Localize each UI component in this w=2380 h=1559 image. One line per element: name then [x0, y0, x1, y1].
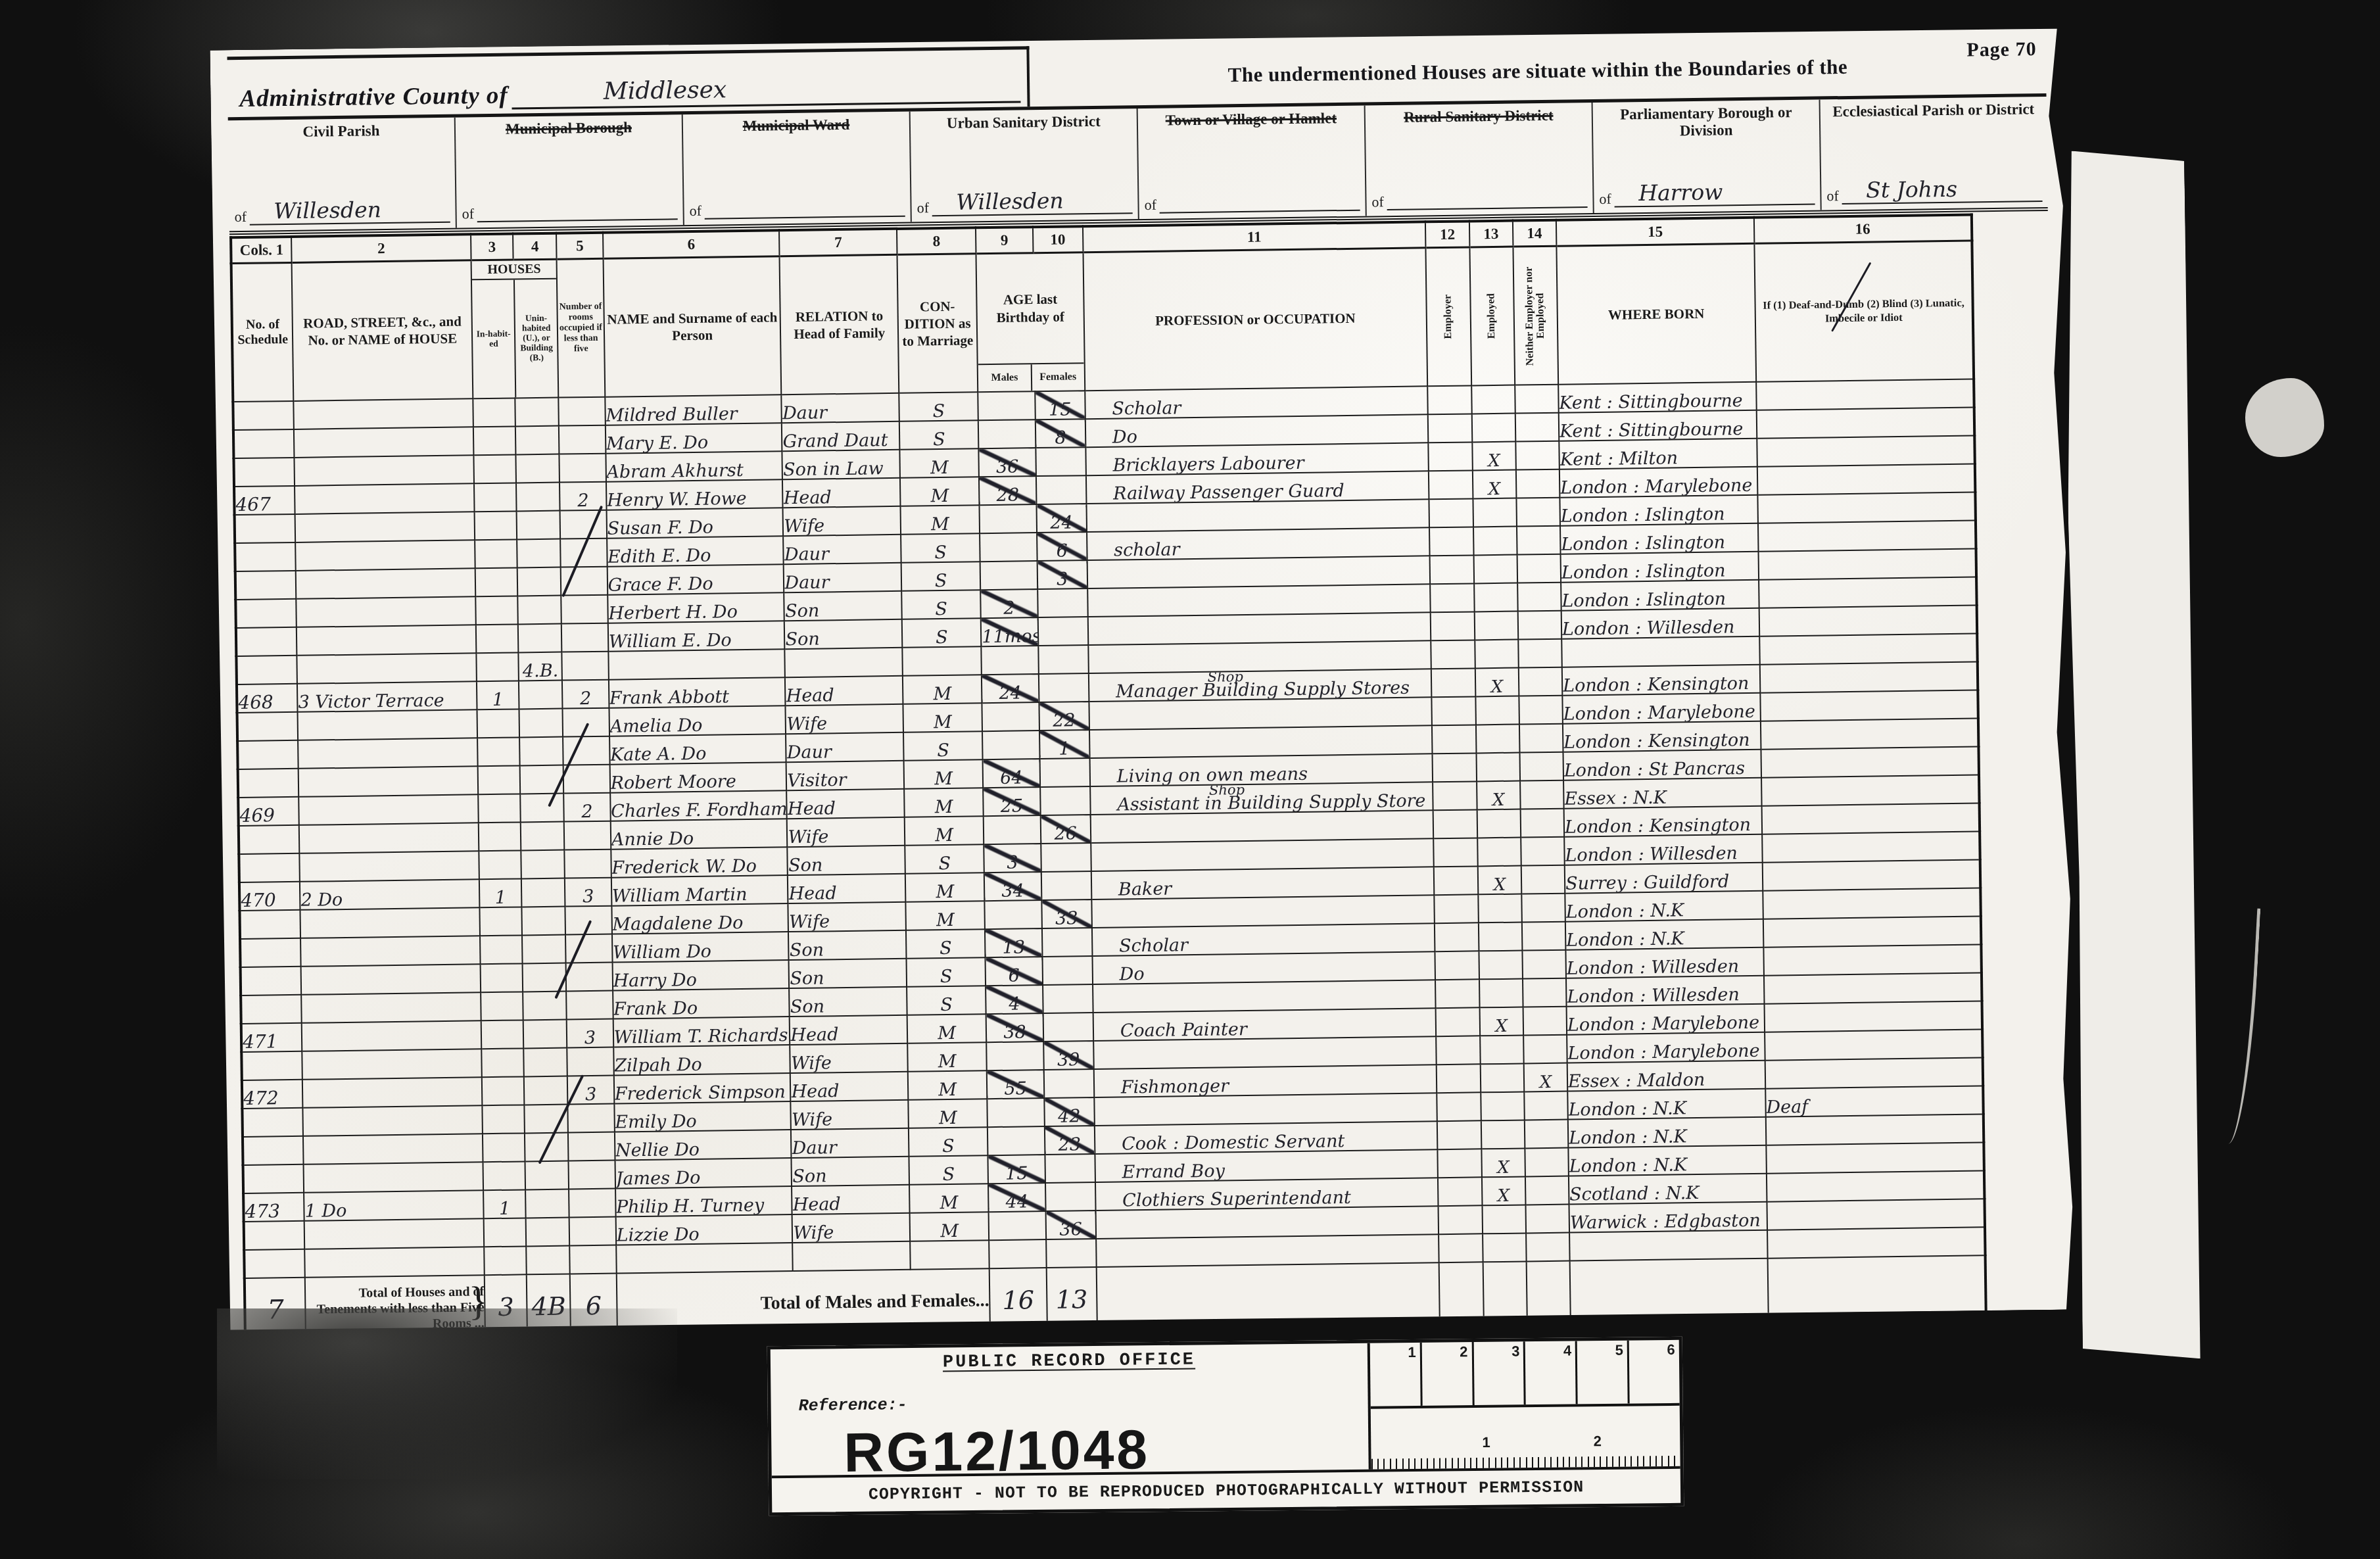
cell-uninhabited	[525, 1189, 569, 1218]
cell-neither	[1515, 441, 1559, 470]
cell-name: Herbert H. Do	[607, 592, 784, 623]
cell-age_m: 15	[988, 1155, 1045, 1184]
cell-inhabited	[473, 398, 515, 427]
cell-infirmity	[1757, 435, 1975, 466]
cell-inhabited	[480, 907, 523, 936]
cell-inhabited	[483, 1161, 526, 1190]
cell-condition: M	[904, 788, 984, 817]
cell-employer	[1434, 838, 1478, 867]
cell-employed: X	[1482, 1176, 1526, 1205]
cell-age_m: 11mos	[981, 617, 1038, 646]
col-number: 12	[1425, 221, 1469, 247]
district-of-line: ofWillesden	[916, 186, 1133, 216]
cell-occupation: Do	[1112, 427, 1137, 447]
totals-empty-employer	[1439, 1262, 1483, 1328]
district-municipal-ward: Municipal Ward of	[683, 112, 912, 226]
totals-females: 13	[1046, 1267, 1097, 1333]
cell-inhabited	[475, 567, 518, 596]
cell-employer	[1428, 385, 1472, 414]
cell-name: Henry W. Howe	[606, 479, 783, 510]
cell-road	[302, 1049, 482, 1080]
cell-schedule	[243, 1136, 304, 1165]
header-age: AGE last Birthday of	[977, 253, 1084, 364]
cell-employer	[1436, 1007, 1480, 1036]
cell-condition: S	[899, 392, 978, 421]
cell-age_f	[1043, 1069, 1094, 1098]
ruler-mark: 2	[1594, 1433, 1602, 1450]
cell-neither	[1517, 611, 1561, 640]
scan-shadow-artifact	[217, 1308, 677, 1479]
cell-born: London : N.K	[1568, 1117, 1766, 1148]
ruler-mark: 4	[1525, 1341, 1578, 1404]
cell-age_f	[1042, 956, 1093, 985]
cell-employer	[1430, 555, 1474, 584]
col-number: 14	[1513, 220, 1557, 247]
cell-road	[298, 738, 477, 769]
cell-born: London : Willesden	[1564, 834, 1762, 865]
cell-relation: Head	[792, 1185, 909, 1214]
cell-schedule: 470	[239, 882, 300, 911]
cell-age_f: 26	[1040, 815, 1091, 844]
district-label: Town or Village or Hamlet	[1143, 110, 1359, 130]
cell-schedule: 473	[243, 1193, 304, 1222]
cell-employed	[1480, 1036, 1524, 1065]
cell-inhabited	[475, 511, 517, 540]
district-underline: Willesden	[250, 195, 450, 226]
cell-employer	[1429, 470, 1473, 499]
header-inhabited: In-habit-ed	[472, 279, 517, 398]
cell-name: Nellie Do	[615, 1130, 792, 1161]
cell-schedule	[243, 1164, 304, 1193]
cell-inhabited	[484, 1218, 527, 1247]
cell-employed	[1475, 640, 1519, 669]
cell-condition: S	[907, 957, 986, 987]
cell-uninhabited	[521, 878, 565, 907]
cell-name: William T. Richards	[613, 1017, 790, 1047]
cell-infirmity	[1759, 577, 1977, 608]
cell-employer	[1433, 809, 1477, 838]
cell-rooms	[561, 595, 608, 624]
cell-rooms	[569, 1217, 616, 1246]
cell-name: Frederick Simpson	[613, 1073, 790, 1104]
header-where-born: WHERE BORN	[1556, 243, 1756, 384]
cell-condition: S	[907, 986, 986, 1015]
district-underline	[477, 192, 678, 222]
cell-age_m	[980, 561, 1037, 590]
cell-name: Lizzie Do	[615, 1214, 792, 1245]
cell-schedule	[235, 571, 297, 600]
cell-age_f	[1035, 447, 1086, 476]
cell-schedule	[244, 1221, 305, 1250]
cell-inhabited	[482, 1105, 525, 1134]
cell-employer	[1439, 1234, 1483, 1262]
cell-relation: Wife	[791, 1100, 909, 1130]
cell-name: Philip H. Turney	[615, 1186, 792, 1217]
cell-condition: M	[907, 1042, 987, 1072]
cell-age_m	[978, 391, 1035, 420]
cell-uninhabited	[519, 681, 563, 709]
cell-schedule	[240, 938, 301, 967]
cell-schedule: 471	[241, 1023, 302, 1052]
cell-age_f	[1045, 1154, 1095, 1183]
cell-rooms	[559, 454, 606, 483]
cell-born: London : Willesden	[1566, 976, 1764, 1007]
district-of-line: of	[1144, 183, 1360, 214]
cell-born: Kent : Sittingbourne	[1558, 382, 1756, 413]
cell-relation: Daur	[791, 1128, 909, 1158]
district-of-line: ofSt Johns	[1826, 174, 2043, 204]
cell-schedule	[235, 599, 297, 628]
cell-age_f	[1043, 984, 1093, 1013]
cell-age_f	[1038, 645, 1089, 674]
cell-employed: X	[1472, 470, 1516, 499]
admin-county-box: Administrative County of Middlesex	[227, 46, 1030, 117]
cell-occupation_note: Shop	[1208, 670, 1243, 684]
col-number: 4	[513, 233, 557, 260]
cell-born: London : St Pancras	[1563, 750, 1761, 780]
cell-employed: X	[1472, 442, 1516, 471]
cell-road	[300, 907, 480, 938]
cell-neither	[1521, 837, 1565, 866]
totals-males: 16	[989, 1268, 1047, 1333]
cell-born: London : Kensington	[1563, 721, 1761, 752]
cell-schedule	[241, 967, 302, 995]
cell-name: Harry Do	[612, 960, 789, 991]
admin-county-value: Middlesex	[604, 76, 727, 105]
cell-uninhabited	[515, 398, 559, 427]
cell-relation: Wife	[783, 506, 901, 536]
cell-age_m	[989, 1211, 1046, 1240]
col-number: 3	[471, 234, 513, 260]
cell-neither	[1525, 1148, 1569, 1177]
cell-employed	[1474, 583, 1518, 612]
cell-age_m: 36	[979, 448, 1036, 477]
cell-age_m	[980, 504, 1037, 533]
header-condition: CON-DITION as to Marriage	[897, 254, 978, 393]
cell-infirmity	[1766, 1142, 1984, 1173]
cell-road	[295, 540, 475, 571]
cell-uninhabited	[517, 511, 561, 540]
cell-infirmity	[1767, 1170, 1985, 1201]
cell-age_m	[982, 646, 1039, 675]
header-road: ROAD, STREET, &c., and No. or NAME of HO…	[292, 260, 473, 401]
cell-condition	[902, 646, 982, 676]
cell-employer	[1439, 1205, 1483, 1234]
cell-employer	[1437, 1036, 1481, 1065]
col-number: 6	[603, 230, 780, 258]
cell-road	[301, 964, 481, 995]
cell-employed	[1473, 527, 1517, 556]
cell-infirmity	[1762, 831, 1980, 862]
cell-schedule: 468	[237, 684, 298, 713]
cell-relation: Son	[788, 846, 905, 875]
ruler-mark: 6	[1629, 1340, 1680, 1404]
cell-rooms: 2	[562, 680, 609, 709]
cell-relation: Son	[792, 1157, 909, 1186]
cell-neither	[1519, 667, 1563, 696]
header-uninhabited: Unin-habited (U.), or Building (B.)	[515, 279, 558, 398]
cell-inhabited	[483, 1133, 525, 1162]
cell-condition: S	[901, 533, 980, 563]
cell-employer	[1431, 612, 1475, 640]
cell-name: Susan F. Do	[606, 508, 783, 539]
cell-employed	[1482, 1205, 1526, 1234]
totals-empty-occupation	[1096, 1262, 1440, 1332]
cell-age_f: 42	[1044, 1097, 1095, 1126]
cell-age_f: 39	[1043, 1041, 1094, 1070]
cell-neither	[1516, 498, 1560, 527]
cell-schedule	[241, 995, 302, 1024]
cell-road	[297, 596, 476, 627]
cell-age_m	[987, 1042, 1044, 1070]
cell-age_f	[1039, 758, 1090, 787]
cell-inhabited	[477, 737, 520, 766]
cell-uninhabited	[523, 1020, 567, 1049]
cell-employed	[1477, 809, 1521, 838]
header-employer-text: Employer	[1442, 295, 1454, 339]
stamp-reference-label: Reference:-	[798, 1395, 907, 1416]
cell-relation: Son in Law	[782, 450, 900, 479]
cell-schedule: 472	[242, 1080, 303, 1109]
cell-uninhabited	[520, 794, 564, 823]
cell-name: William Martin	[611, 875, 788, 906]
cell-infirmity	[1765, 1029, 1983, 1060]
admin-county-underline: Middlesex	[512, 70, 1020, 109]
ruler-mark: 3	[1473, 1341, 1526, 1405]
cell-employed	[1475, 696, 1519, 725]
cell-employer	[1431, 668, 1475, 697]
cell-age_f: 23	[1044, 1126, 1095, 1155]
ruler-mark: 2	[1422, 1342, 1475, 1406]
cell-infirmity	[1763, 916, 1982, 947]
district-underline: Willesden	[932, 186, 1133, 216]
cell-inhabited	[476, 652, 519, 681]
cell-road	[304, 1218, 484, 1249]
cell-age_f: 36	[1045, 1211, 1096, 1239]
column-labels-row: No. of Schedule ROAD, STREET, &c., and N…	[231, 241, 1974, 402]
of-word: of	[689, 203, 702, 220]
public-record-office-stamp: PUBLIC RECORD OFFICE Reference:- RG12/10…	[767, 1337, 1684, 1516]
cell-neither	[1525, 1205, 1569, 1234]
cell-road	[298, 766, 478, 797]
cell-infirmity	[1761, 803, 1980, 834]
cell-name: Frederick W. Do	[611, 847, 788, 878]
cell-born: London : Marylebone	[1562, 693, 1760, 724]
cell-employed	[1473, 498, 1517, 527]
cell-rooms	[561, 623, 608, 652]
cell-age_f	[1046, 1239, 1097, 1268]
cell-employer	[1429, 498, 1473, 527]
cell-employed	[1477, 838, 1521, 867]
cell-age_m: 64	[983, 759, 1040, 788]
cell-inhabited	[475, 596, 518, 625]
col-number: 8	[897, 228, 976, 254]
cell-relation: Son	[784, 619, 902, 649]
cell-age_m: 13	[985, 928, 1042, 957]
cell-condition: M	[905, 816, 984, 846]
cell-age_f: 6	[1037, 532, 1087, 561]
cell-neither	[1525, 1176, 1569, 1205]
cell-infirmity	[1758, 548, 1976, 579]
cell-road	[303, 1105, 483, 1136]
cell-born: Warwick : Edgbaston	[1569, 1202, 1767, 1233]
cell-relation: Son	[790, 987, 907, 1017]
cell-relation: Daur	[784, 535, 901, 564]
cell-neither	[1525, 1120, 1569, 1149]
cell-condition: M	[908, 1099, 988, 1128]
cell-road	[300, 936, 480, 967]
col-number: Cols. 1	[231, 237, 292, 264]
cell-infirmity	[1760, 661, 1978, 692]
cell-rooms	[564, 821, 611, 850]
cell-infirmity	[1759, 605, 1977, 636]
cell-inhabited	[484, 1246, 527, 1275]
cell-neither	[1515, 385, 1559, 414]
cell-neither	[1520, 780, 1564, 809]
cell-age_m	[978, 420, 1035, 448]
cell-employed	[1478, 923, 1522, 951]
cell-road	[294, 427, 473, 458]
cell-employer	[1435, 894, 1479, 923]
cell-road	[298, 709, 477, 740]
cell-inhabited	[478, 794, 521, 823]
cell-uninhabited	[523, 992, 567, 1020]
cell-age_f	[1037, 617, 1088, 646]
cell-born: Essex : N.K	[1563, 778, 1761, 809]
cell-born: London : N.K	[1568, 1145, 1766, 1176]
cell-uninhabited	[516, 483, 560, 512]
cell-relation: Head	[787, 789, 905, 819]
cell-infirmity	[1767, 1227, 1986, 1258]
cell-born: London : N.K	[1567, 1089, 1765, 1120]
header-infirmity: If (1) Deaf-and-Dumb (2) Blind (3) Lunat…	[1754, 241, 1974, 382]
cell-age_m: 38	[986, 1013, 1043, 1042]
cell-born: London : Willesden	[1565, 947, 1763, 978]
cell-name: Grace F. Do	[607, 564, 784, 595]
cell-employed	[1471, 414, 1515, 443]
cell-neither	[1520, 809, 1564, 838]
of-word: of	[916, 199, 929, 216]
cell-employer	[1433, 781, 1477, 810]
cell-born: Scotland : N.K	[1569, 1174, 1767, 1205]
cell-age_f	[1045, 1182, 1096, 1211]
cell-road	[303, 1134, 483, 1164]
ruler-cm-scale: 1 2	[1371, 1406, 1680, 1470]
cell-condition: S	[909, 1155, 988, 1185]
cell-age_m: 2	[981, 589, 1038, 618]
scan-scratch-artifact	[2215, 907, 2261, 1145]
cell-schedule	[242, 1108, 303, 1137]
cell-age_f: 22	[1039, 702, 1089, 731]
cell-employed	[1481, 1092, 1525, 1121]
cell-employer	[1431, 640, 1475, 669]
cell-infirmity	[1757, 407, 1975, 438]
cell-employer	[1434, 866, 1478, 895]
cell-employed: X	[1477, 781, 1521, 810]
district-civil-parish: Civil Parish ofWillesden	[228, 118, 457, 231]
cell-relation: Daur	[786, 732, 903, 762]
cell-age_m: 3	[984, 844, 1041, 873]
cell-inhabited: 1	[477, 681, 519, 709]
cell-schedule	[239, 853, 300, 882]
ruler-mark: 1	[1370, 1343, 1423, 1406]
cell-age_f: 8	[1035, 419, 1085, 448]
cell-relation	[793, 1241, 911, 1271]
cell-condition: M	[905, 873, 985, 902]
cell-employed: X	[1481, 1148, 1525, 1177]
cell-neither	[1519, 724, 1563, 753]
cell-road	[295, 483, 474, 514]
cell-employer	[1435, 923, 1479, 951]
cell-rooms	[568, 1132, 615, 1161]
cell-road	[304, 1247, 484, 1278]
district-label: Urban Sanitary District	[916, 112, 1131, 133]
cell-neither	[1517, 583, 1561, 612]
cell-neither	[1524, 1091, 1568, 1120]
cell-road	[296, 568, 475, 599]
cell-uninhabited	[526, 1246, 570, 1275]
cell-neither	[1521, 894, 1565, 923]
of-word: of	[1599, 191, 1611, 208]
cell-infirmity	[1764, 1001, 1982, 1032]
cell-name: Frank Do	[613, 988, 790, 1019]
cell-employed	[1479, 951, 1523, 980]
cell-relation: Wife	[790, 1043, 908, 1073]
cell-neither	[1515, 413, 1559, 442]
cell-employer	[1438, 1149, 1482, 1178]
cell-age_m: 55	[987, 1070, 1044, 1099]
cell-age_m	[985, 900, 1042, 929]
cell-schedule	[233, 458, 295, 487]
of-word: of	[1144, 197, 1156, 214]
col-number: 9	[976, 227, 1033, 254]
district-underline	[705, 189, 905, 220]
cell-schedule	[233, 429, 295, 458]
page-number: Page 70	[1966, 38, 2037, 61]
cell-infirmity	[1760, 690, 1978, 721]
cell-age_f	[1043, 1013, 1093, 1042]
stamp-main: PUBLIC RECORD OFFICE Reference:- RG12/10…	[771, 1340, 1680, 1475]
cell-employed	[1474, 612, 1518, 640]
cell-schedule	[239, 910, 300, 939]
cell-name: Amelia Do	[609, 706, 786, 736]
cell-age_m: 44	[988, 1183, 1045, 1212]
cell-infirmity	[1763, 888, 1981, 919]
cell-name: Annie Do	[610, 819, 787, 850]
cell-age_f	[1042, 928, 1093, 957]
col-number: 11	[1083, 222, 1426, 252]
cell-infirmity	[1767, 1199, 1985, 1230]
cell-neither	[1523, 1035, 1567, 1064]
cell-uninhabited	[526, 1218, 570, 1247]
cell-rooms	[566, 963, 613, 992]
cell-relation: Head	[782, 478, 900, 508]
cell-neither	[1522, 950, 1566, 979]
cell-uninhabited	[517, 567, 561, 596]
cell-road: 1 Do	[304, 1190, 483, 1221]
of-word: of	[234, 208, 247, 226]
cell-road	[298, 794, 478, 825]
cell-born	[1561, 636, 1759, 667]
cell-age_m	[988, 1126, 1045, 1155]
cell-uninhabited	[524, 1076, 568, 1105]
cell-relation	[785, 648, 903, 677]
cell-infirmity	[1763, 944, 1982, 975]
cell-employed	[1481, 1120, 1525, 1149]
col-number: 7	[779, 229, 897, 256]
cell-relation: Grand Daut	[782, 421, 899, 451]
header-occupation: PROFESSION or OCCUPATION	[1083, 248, 1427, 391]
